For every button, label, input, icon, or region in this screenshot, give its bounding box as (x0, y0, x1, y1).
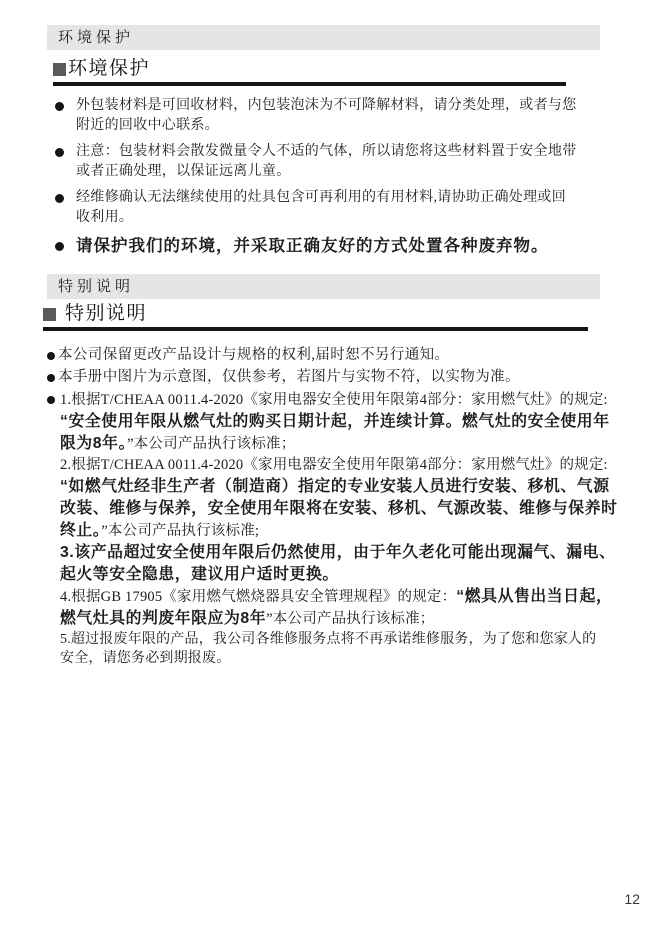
bullet-icon (55, 102, 64, 111)
bullet-icon (47, 352, 55, 360)
section-heading-environment: 环境保护 (53, 58, 566, 86)
bullet-icon (55, 148, 64, 157)
page-number: 12 (624, 891, 640, 907)
numbered-note-4: 4.根据GB 17905《家用燃气燃烧器具安全管理规程》的规定：“燃具从售出当日… (60, 586, 638, 630)
note-run-bold: 3.该产品超过安全使用年限后仍然使用，由于年久老化可能出现漏气、漏电、 起火等安… (60, 544, 615, 583)
note-run: ”本公司产品执行该标准; (101, 523, 259, 539)
environment-bullet-list: 外包装材料是可回收材料，内包装泡沫为不可降解材料，请分类处理，或者与您 附近的回… (55, 96, 615, 258)
manual-page: 环境保护 环境保护 外包装材料是可回收材料，内包装泡沫为不可降解材料，请分类处理… (0, 0, 662, 929)
list-item: 本公司保留更改产品设计与规格的权利,届时恕不另行通知。 (47, 345, 647, 366)
bullet-text: 外包装材料是可回收材料，内包装泡沫为不可降解材料，请分类处理，或者与您 附近的回… (76, 96, 591, 136)
note-run: 4.根据GB 17905《家用燃气燃烧器具安全管理规程》的规定： (60, 589, 456, 605)
section-tab-label: 环境保护 (58, 30, 134, 46)
list-item: 注意：包装材料会散发微量令人不适的气体，所以请您将这些材料置于安全地带 或者正确… (55, 142, 615, 182)
note-run: ”本公司产品执行该标准； (127, 436, 295, 452)
section-heading-special: 特别说明 (43, 303, 588, 331)
note-run: ”本公司产品执行该标准； (266, 611, 434, 627)
square-marker-icon (53, 63, 66, 76)
numbered-notes: 1.根据T/CHEAA 0011.4-2020《家用电器安全使用年限第4部分：家… (60, 390, 638, 668)
list-item: 外包装材料是可回收材料，内包装泡沫为不可降解材料，请分类处理，或者与您 附近的回… (55, 96, 615, 136)
list-item: 经维修确认无法继续使用的灶具包含可再利用的有用材料,请协助正确处理或回 收利用。 (55, 188, 615, 228)
numbered-note-3: 3.该产品超过安全使用年限后仍然使用，由于年久老化可能出现漏气、漏电、 起火等安… (60, 542, 638, 586)
bullet-icon (47, 374, 55, 382)
bullet-icon (55, 194, 64, 203)
bullet-text: 请保护我们的环境，并采取正确友好的方式处置各种废弃物。 (76, 234, 591, 258)
numbered-note-5: 5.超过报废年限的产品，我公司各维修服务点将不再承诺维修服务，为了您和您家人的 … (60, 630, 638, 668)
special-notes: 本公司保留更改产品设计与规格的权利,届时恕不另行通知。 本手册中图片为示意图，仅… (47, 345, 647, 668)
square-marker-icon (43, 308, 56, 321)
list-item: 本手册中图片为示意图，仅供参考，若图片与实物不符，以实物为准。 (47, 367, 647, 388)
note-text: 本公司保留更改产品设计与规格的权利,届时恕不另行通知。 (58, 345, 449, 366)
section-tab-environment: 环境保护 (47, 25, 600, 50)
bullet-icon (55, 242, 64, 251)
section-tab-label: 特别说明 (58, 279, 134, 295)
numbered-note-2: 2.根据T/CHEAA 0011.4-2020《家用电器安全使用年限第4部分：家… (60, 455, 638, 542)
list-item-emphasis: 请保护我们的环境，并采取正确友好的方式处置各种废弃物。 (55, 234, 615, 258)
numbered-note-1: 1.根据T/CHEAA 0011.4-2020《家用电器安全使用年限第4部分：家… (60, 390, 638, 455)
note-run: 2.根据T/CHEAA 0011.4-2020《家用电器安全使用年限第4部分：家… (60, 457, 608, 473)
note-run: 5.超过报废年限的产品，我公司各维修服务点将不再承诺维修服务，为了您和您家人的 … (60, 632, 596, 666)
bullet-text: 注意：包装材料会散发微量令人不适的气体，所以请您将这些材料置于安全地带 或者正确… (76, 142, 591, 182)
section-heading-label: 环境保护 (68, 58, 150, 79)
note-text: 本手册中图片为示意图，仅供参考，若图片与实物不符，以实物为准。 (58, 367, 520, 388)
section-tab-special: 特别说明 (47, 274, 600, 299)
section-heading-label: 特别说明 (65, 303, 147, 324)
bullet-icon (47, 396, 55, 404)
note-run: 1.根据T/CHEAA 0011.4-2020《家用电器安全使用年限第4部分：家… (60, 392, 608, 408)
bullet-text: 经维修确认无法继续使用的灶具包含可再利用的有用材料,请协助正确处理或回 收利用。 (76, 188, 591, 228)
